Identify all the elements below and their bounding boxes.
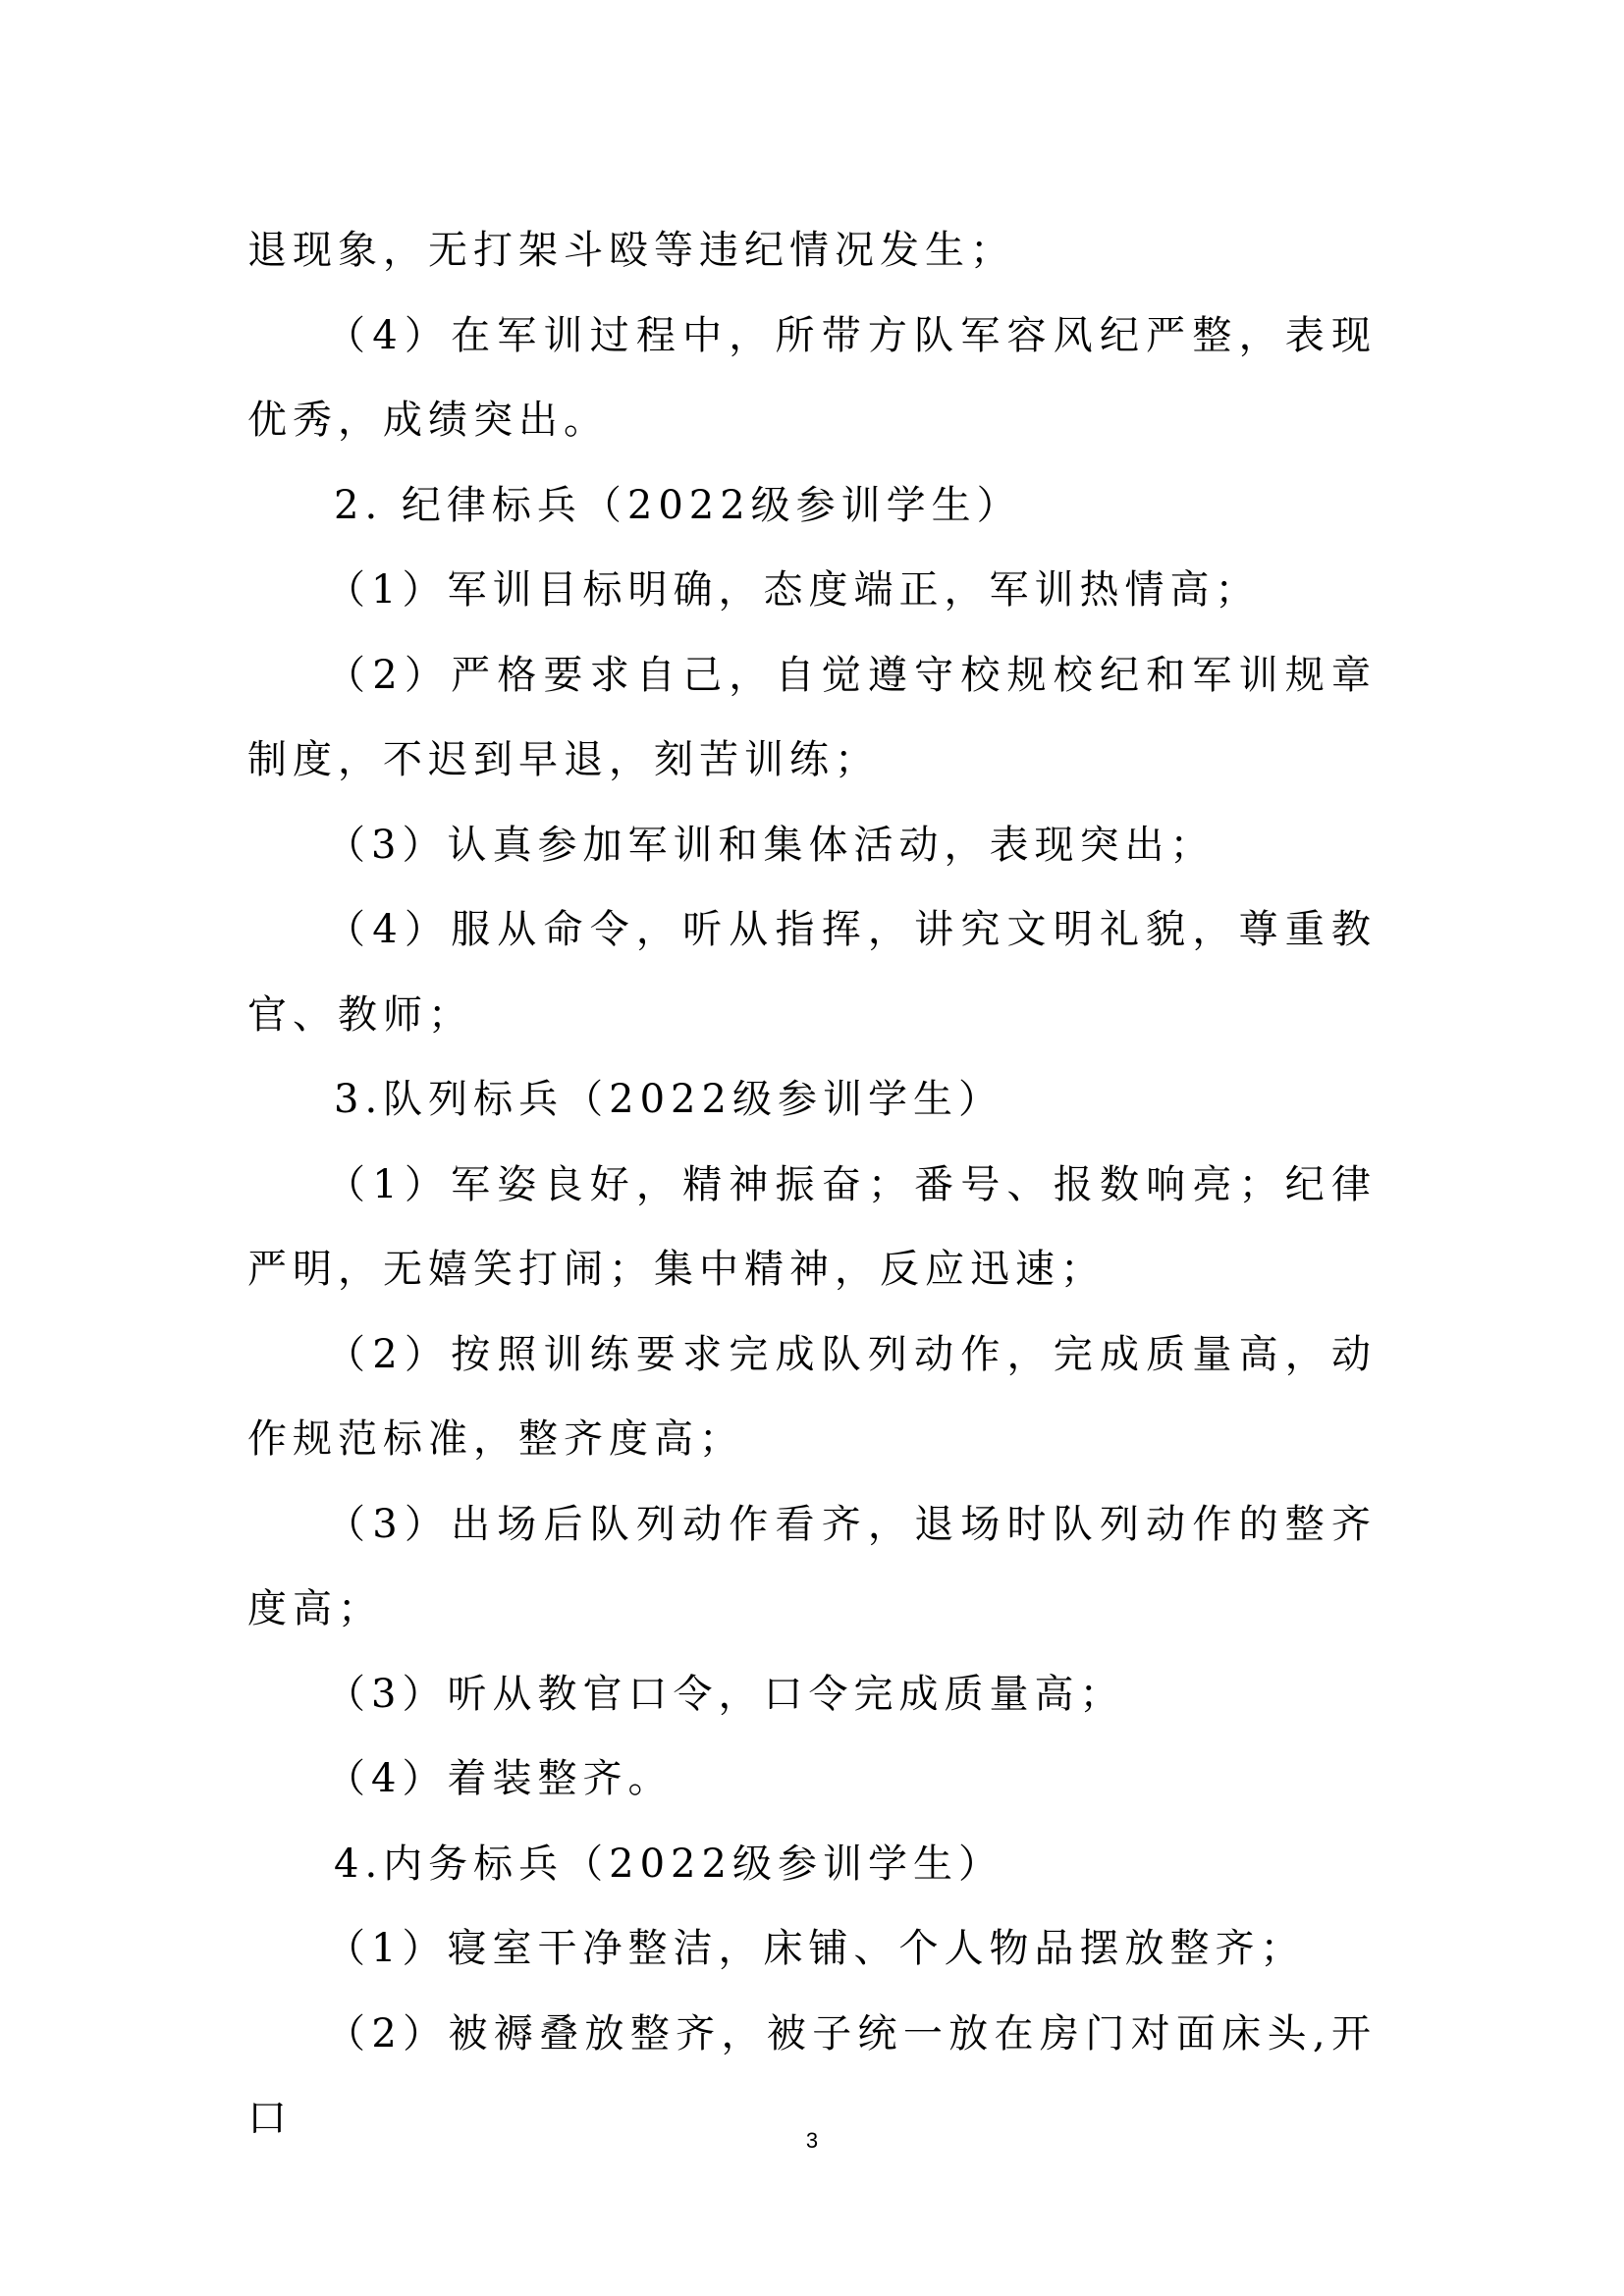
section-heading: 3.队列标兵（2022级参训学生） bbox=[247, 1057, 1377, 1143]
paragraph-item: （3）听从教官口令，口令完成质量高； bbox=[247, 1652, 1377, 1737]
paragraph-item: （2）按照训练要求完成队列动作，完成质量高，动作规范标准，整齐度高； bbox=[247, 1312, 1377, 1482]
paragraph-continuation: 退现象，无打架斗殴等违纪情况发生； bbox=[247, 208, 1377, 294]
paragraph-item: （1）寝室干净整洁，床铺、个人物品摆放整齐； bbox=[247, 1906, 1377, 1992]
section-heading: 4.内务标兵（2022级参训学生） bbox=[247, 1822, 1377, 1907]
paragraph-item: （4）着装整齐。 bbox=[247, 1736, 1377, 1822]
paragraph-item: （3）出场后队列动作看齐，退场时队列动作的整齐度高； bbox=[247, 1482, 1377, 1652]
page-number: 3 bbox=[0, 2128, 1624, 2154]
document-body: 退现象，无打架斗殴等违纪情况发生； （4）在军训过程中，所带方队军容风纪严整，表… bbox=[247, 208, 1377, 2162]
section-heading: 2. 纪律标兵（2022级参训学生） bbox=[247, 463, 1377, 549]
paragraph-item: （3）认真参加军训和集体活动，表现突出； bbox=[247, 803, 1377, 888]
paragraph-item: （1）军姿良好，精神振奋；番号、报数响亮；纪律严明，无嬉笑打闹；集中精神，反应迅… bbox=[247, 1143, 1377, 1312]
paragraph-item: （2）严格要求自己，自觉遵守校规校纪和军训规章制度，不迟到早退，刻苦训练； bbox=[247, 633, 1377, 803]
paragraph-item: （4）在军训过程中，所带方队军容风纪严整，表现优秀，成绩突出。 bbox=[247, 294, 1377, 463]
document-page: 退现象，无打架斗殴等违纪情况发生； （4）在军训过程中，所带方队军容风纪严整，表… bbox=[0, 0, 1624, 2296]
paragraph-item: （4）服从命令，听从指挥，讲究文明礼貌，尊重教官、教师； bbox=[247, 887, 1377, 1057]
paragraph-item: （1）军训目标明确，态度端正，军训热情高； bbox=[247, 548, 1377, 633]
